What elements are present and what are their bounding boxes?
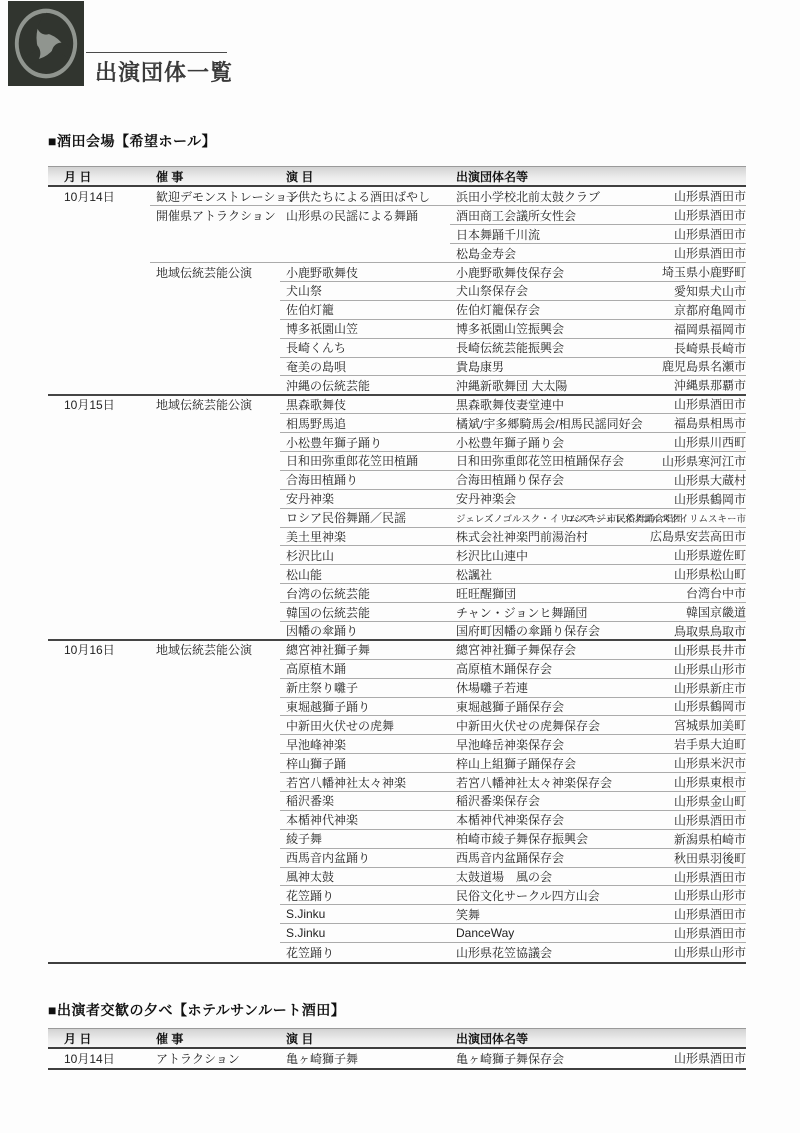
section-heading-evening-gathering: ■出演者交歓の夕べ【ホテルサンルート酒田】: [48, 1000, 345, 1020]
table-row: 地域伝統芸能公演小鹿野歌舞伎小鹿野歌舞伎保存会埼玉県小鹿野町: [48, 263, 746, 282]
location-text: 福岡県福岡市: [674, 320, 746, 337]
table-row: 博多祇園山笠博多祇園山笠振興会福岡県福岡市: [48, 319, 746, 338]
row-separator: [150, 262, 746, 263]
cell-program: 綾子舞: [280, 830, 450, 847]
cell-group: 合海田植踊り保存会: [450, 471, 634, 488]
cell-group: 沖縄新歌舞団 大太陽: [450, 377, 634, 394]
cell-program: 長崎くんち: [280, 339, 450, 356]
table-row: 相馬野馬追橘斌/宇多郷騎馬会/相馬民謡同好会福島県相馬市: [48, 414, 746, 433]
location-text: 韓国京畿道: [686, 604, 746, 621]
section-heading-sakata-venue: ■酒田会場【希望ホール】: [48, 131, 216, 151]
location-text: 山形県酒田市: [674, 868, 746, 885]
cell-event: 歓迎デモンストレーション: [150, 188, 280, 205]
cell-event: 地域伝統芸能公演: [150, 396, 280, 413]
table-row: 沖縄の伝統芸能沖縄新歌舞団 大太陽沖縄県那覇市: [48, 376, 746, 395]
table-row: 犬山祭犬山祭保存会愛知県犬山市: [48, 281, 746, 300]
title-rule: [86, 52, 227, 53]
location-text: 愛知県犬山市: [674, 282, 746, 299]
location-text: 新潟県柏崎市: [674, 830, 746, 847]
row-separator: [150, 205, 746, 206]
table-row: 安丹神楽安丹神楽会山形県鶴岡市: [48, 489, 746, 508]
table-row: 小松豊年獅子踊り小松豊年獅子踊り会山形県川西町: [48, 433, 746, 452]
row-separator: [280, 583, 746, 584]
cell-group: 笑舞: [450, 906, 634, 923]
cell-program: 合海田植踊り: [280, 471, 450, 488]
table-row: 松島金寿会山形県酒田市: [48, 244, 746, 263]
cell-program: 台湾の伝統芸能: [280, 585, 450, 602]
cell-program: S.Jinku: [280, 907, 450, 921]
table-row: ロシア民俗舞踊／民謡ジェレズノゴルスク・イリムスキー市民俗舞踊合唱団ロシア ジェ…: [48, 508, 746, 527]
location-text: 山形県大蔵村: [674, 471, 746, 488]
table-row: 若宮八幡神社太々神楽若宮八幡神社太々神楽保存会山形県東根市: [48, 773, 746, 792]
location-text: 山形県酒田市: [674, 906, 746, 923]
cell-program: 奄美の島唄: [280, 358, 450, 375]
location-text: 鹿児島県名瀬市: [662, 358, 746, 375]
location-text: 山形県金山町: [674, 792, 746, 809]
page-title: 出演団体一覧: [95, 56, 233, 87]
location-text: 鳥取県鳥取市: [674, 622, 746, 639]
cell-group: チャン・ジョンヒ舞踊団: [450, 604, 634, 621]
cell-group: 安丹神楽会: [450, 490, 634, 507]
cell-event: 地域伝統芸能公演: [150, 264, 280, 281]
cell-group: 松諷社: [450, 566, 634, 583]
cell-program: 中新田火伏せの虎舞: [280, 717, 450, 734]
location-text: ロシア ジェレズノゴルスクイリムスキー市: [565, 511, 746, 525]
table-row: 西馬音内盆踊り西馬音内盆踊保存会秋田県羽後町: [48, 848, 746, 867]
table-row: 花笠踊り山形県花笠協議会山形県山形市: [48, 943, 746, 962]
location-text: 山形県酒田市: [674, 1050, 746, 1067]
table-bottom-rule: [48, 962, 746, 964]
table-row: 長崎くんち長崎伝統芸能振興会長崎県長崎市: [48, 338, 746, 357]
column-header-date: 月 日: [48, 1030, 150, 1047]
location-text: 山形県山形市: [674, 887, 746, 904]
table-row: 東堀越獅子踊り東堀越獅子踊保存会山形県鶴岡市: [48, 697, 746, 716]
location-text: 台湾台中市: [686, 585, 746, 602]
table-header-row: 月 日 催 事 演 目 出演団体名等: [48, 1028, 746, 1049]
table-row: 奄美の島唄貴島康男鹿児島県名瀬市: [48, 357, 746, 376]
cell-program: 佐伯灯籠: [280, 301, 450, 318]
cell-date: 10月14日: [48, 1050, 150, 1067]
location-text: 山形県山形市: [674, 660, 746, 677]
location-text: 山形県酒田市: [674, 188, 746, 205]
cell-group: 日和田弥重郎花笠田植踊保存会: [450, 452, 634, 469]
cell-group: 旺旺醒獅団: [450, 585, 634, 602]
cell-program: 博多祇園山笠: [280, 320, 450, 337]
cell-group: 亀ヶ崎獅子舞保存会: [450, 1050, 634, 1067]
location-text: 山形県鶴岡市: [674, 698, 746, 715]
location-text: 山形県酒田市: [674, 811, 746, 828]
cell-group: 酒田商工会議所女性会: [450, 207, 634, 224]
cell-program: 韓国の伝統芸能: [280, 604, 450, 621]
cell-program: 東堀越獅子踊り: [280, 698, 450, 715]
table-row: 本楯神代神楽本楯神代神楽保存会山形県酒田市: [48, 810, 746, 829]
location-text: 山形県遊佐町: [674, 547, 746, 564]
column-header-program: 演 目: [280, 1030, 450, 1047]
row-separator: [280, 508, 746, 509]
location-text: 山形県酒田市: [674, 207, 746, 224]
cell-group: 貴島康男: [450, 358, 634, 375]
cell-group: 小鹿野歌舞伎保存会: [450, 264, 634, 281]
cell-event: 地域伝統芸能公演: [150, 641, 280, 658]
cell-group: 早池峰岳神楽保存会: [450, 736, 634, 753]
cell-program: S.Jinku: [280, 926, 450, 940]
column-header-event: 催 事: [150, 1030, 280, 1047]
cell-program: 總宮神社獅子舞: [280, 641, 450, 658]
row-separator: [48, 639, 746, 641]
cell-program: 黒森歌舞伎: [280, 396, 450, 413]
table-body: 10月14日アトラクション亀ヶ崎獅子舞亀ヶ崎獅子舞保存会山形県酒田市: [48, 1049, 746, 1068]
location-text: 山形県酒田市: [674, 226, 746, 243]
table-row: 杉沢比山杉沢比山連中山形県遊佐町: [48, 546, 746, 565]
cell-program: 西馬音内盆踊り: [280, 849, 450, 866]
cell-group: 株式会社神楽門前湯治村: [450, 528, 634, 545]
cell-group: 高原植木踊保存会: [450, 660, 634, 677]
cell-program: 相馬野馬追: [280, 415, 450, 432]
cell-event: アトラクション: [150, 1050, 280, 1067]
cell-group: 山形県花笠協議会: [450, 944, 634, 961]
cell-program: 早池峰神楽: [280, 736, 450, 753]
cell-program: 新庄祭り囃子: [280, 679, 450, 696]
table-body: 10月14日歓迎デモンストレーション子供たちによる酒田ばやし浜田小学校北前太鼓ク…: [48, 187, 746, 962]
cell-program: 杉沢比山: [280, 547, 450, 564]
cell-group: 總宮神社獅子舞保存会: [450, 641, 634, 658]
location-text: 広島県安芸高田市: [650, 528, 746, 545]
table-row: 台湾の伝統芸能旺旺醒獅団台湾台中市: [48, 584, 746, 603]
cell-date: 10月14日: [48, 188, 150, 205]
cell-program: 花笠踊り: [280, 944, 450, 961]
table-row: 梓山獅子踊梓山上組獅子踊保存会山形県米沢市: [48, 754, 746, 773]
cell-program: 小松豊年獅子踊り: [280, 434, 450, 451]
table-row: 風神太鼓太鼓道場 風の会山形県酒田市: [48, 867, 746, 886]
table-row: 韓国の伝統芸能チャン・ジョンヒ舞踊団韓国京畿道: [48, 603, 746, 622]
column-header-date: 月 日: [48, 168, 150, 185]
location-text: 山形県米沢市: [674, 755, 746, 772]
cell-program: 稲沢番楽: [280, 792, 450, 809]
row-separator: [280, 602, 746, 603]
cell-group: 小松豊年獅子踊り会: [450, 434, 634, 451]
location-text: 京都府亀岡市: [674, 301, 746, 318]
location-text: 山形県東根市: [674, 774, 746, 791]
document-page: 出演団体一覧 ■酒田会場【希望ホール】 月 日 催 事 演 目 出演団体名等 1…: [0, 0, 800, 1133]
column-header-program: 演 目: [280, 168, 450, 185]
mitsudomoe-crest-icon: [8, 1, 84, 86]
cell-group: 本楯神代神楽保存会: [450, 811, 634, 828]
cell-date: 10月15日: [48, 396, 150, 413]
location-text: 山形県川西町: [674, 434, 746, 451]
cell-group: 佐伯灯籠保存会: [450, 301, 634, 318]
cell-program: 安丹神楽: [280, 490, 450, 507]
table-row: 佐伯灯籠佐伯灯籠保存会京都府亀岡市: [48, 300, 746, 319]
cell-group: 長崎伝統芸能振興会: [450, 339, 634, 356]
cell-group: 民俗文化サークル四方山会: [450, 887, 634, 904]
cell-group: 梓山上組獅子踊保存会: [450, 755, 634, 772]
location-text: 山形県鶴岡市: [674, 490, 746, 507]
mitsudomoe-logo: [8, 1, 84, 86]
cell-group: 稲沢番楽保存会: [450, 792, 634, 809]
cell-program: 因幡の傘踊り: [280, 622, 450, 639]
location-text: 福島県相馬市: [674, 415, 746, 432]
cell-group: 休場囃子若連: [450, 679, 634, 696]
table-row: 高原植木踊高原植木踊保存会山形県山形市: [48, 659, 746, 678]
table-row: 稲沢番楽稲沢番楽保存会山形県金山町: [48, 792, 746, 811]
cell-group: 西馬音内盆踊保存会: [450, 849, 634, 866]
row-separator: [48, 394, 746, 396]
table-row: S.JinkuDanceWay山形県酒田市: [48, 924, 746, 943]
cell-group: 柏崎市綾子舞保存振興会: [450, 830, 634, 847]
cell-program: 風神太鼓: [280, 868, 450, 885]
cell-program: 山形県の民謡による舞踊: [280, 207, 450, 224]
cell-program: 亀ヶ崎獅子舞: [280, 1050, 450, 1067]
table-row: 10月15日地域伝統芸能公演黒森歌舞伎黒森歌舞伎妻堂連中山形県酒田市: [48, 395, 746, 414]
location-text: 埼玉県小鹿野町: [662, 264, 746, 281]
table-row: 早池峰神楽早池峰岳神楽保存会岩手県大迫町: [48, 735, 746, 754]
cell-group: 橘斌/宇多郷騎馬会/相馬民謡同好会: [450, 415, 634, 432]
cell-group: 杉沢比山連中: [450, 547, 634, 564]
location-text: 宮城県加美町: [674, 717, 746, 734]
location-text: 山形県山形市: [674, 944, 746, 961]
table-row: 合海田植踊り合海田植踊り保存会山形県大蔵村: [48, 470, 746, 489]
cell-group: 黒森歌舞伎妻堂連中: [450, 396, 634, 413]
cell-program: 犬山祭: [280, 282, 450, 299]
table-row: 綾子舞柏崎市綾子舞保存振興会新潟県柏崎市: [48, 829, 746, 848]
cell-program: 梓山獅子踊: [280, 755, 450, 772]
location-text: 山形県酒田市: [674, 245, 746, 262]
table-row: S.Jinku笑舞山形県酒田市: [48, 905, 746, 924]
cell-group: 犬山祭保存会: [450, 282, 634, 299]
table-row: 開催県アトラクション山形県の民謡による舞踊酒田商工会議所女性会山形県酒田市: [48, 206, 746, 225]
table-row: 日和田弥重郎花笠田植踊日和田弥重郎花笠田植踊保存会山形県寒河江市: [48, 451, 746, 470]
cell-date: 10月16日: [48, 641, 150, 658]
cell-program: 本楯神代神楽: [280, 811, 450, 828]
location-text: 山形県松山町: [674, 566, 746, 583]
cell-program: 沖縄の伝統芸能: [280, 377, 450, 394]
cell-program: 小鹿野歌舞伎: [280, 264, 450, 281]
table-row: 日本舞踊千川流山形県酒田市: [48, 225, 746, 244]
cell-group: 国府町因幡の傘踊り保存会: [450, 622, 634, 639]
location-text: 岩手県大迫町: [674, 736, 746, 753]
cell-program: 若宮八幡神社太々神楽: [280, 774, 450, 791]
location-text: 山形県長井市: [674, 641, 746, 658]
location-text: 山形県酒田市: [674, 925, 746, 942]
table-row: 10月16日地域伝統芸能公演總宮神社獅子舞總宮神社獅子舞保存会山形県長井市: [48, 640, 746, 659]
table-row: 花笠踊り民俗文化サークル四方山会山形県山形市: [48, 886, 746, 905]
cell-program: 花笠踊り: [280, 887, 450, 904]
table-row: 10月14日歓迎デモンストレーション子供たちによる酒田ばやし浜田小学校北前太鼓ク…: [48, 187, 746, 206]
table-row: 新庄祭り囃子休場囃子若連山形県新庄市: [48, 678, 746, 697]
cell-group: 中新田火伏せの虎舞保存会: [450, 717, 634, 734]
cell-program: ロシア民俗舞踊／民謡: [280, 509, 450, 526]
table-row: 美土里神楽株式会社神楽門前湯治村広島県安芸高田市: [48, 527, 746, 546]
table-header-row: 月 日 催 事 演 目 出演団体名等: [48, 166, 746, 187]
cell-program: 子供たちによる酒田ばやし: [280, 188, 450, 205]
location-text: 山形県新庄市: [674, 679, 746, 696]
cell-group: 松島金寿会: [450, 245, 634, 262]
cell-program: 高原植木踊: [280, 660, 450, 677]
cell-group: 博多祇園山笠振興会: [450, 320, 634, 337]
cell-group: 日本舞踊千川流: [450, 226, 634, 243]
location-text: 秋田県羽後町: [674, 849, 746, 866]
column-header-group: 出演団体名等: [450, 168, 634, 185]
cell-group: 太鼓道場 風の会: [450, 868, 634, 885]
cell-event: 開催県アトラクション: [150, 207, 280, 224]
cell-program: 松山能: [280, 566, 450, 583]
cell-group: 浜田小学校北前太鼓クラブ: [450, 188, 634, 205]
table-row: 中新田火伏せの虎舞中新田火伏せの虎舞保存会宮城県加美町: [48, 716, 746, 735]
cell-group: 東堀越獅子踊保存会: [450, 698, 634, 715]
cell-program: 美土里神楽: [280, 528, 450, 545]
cell-group: DanceWay: [450, 926, 634, 940]
table-bottom-rule: [48, 1068, 746, 1070]
location-text: 沖縄県那覇市: [674, 377, 746, 394]
table-row: 因幡の傘踊り国府町因幡の傘踊り保存会鳥取県鳥取市: [48, 621, 746, 640]
cell-program: 日和田弥重郎花笠田植踊: [280, 452, 450, 469]
program-table-sakata: 月 日 催 事 演 目 出演団体名等 10月14日歓迎デモンストレーション子供た…: [48, 166, 746, 964]
program-table-evening: 月 日 催 事 演 目 出演団体名等 10月14日アトラクション亀ヶ崎獅子舞亀ヶ…: [48, 1028, 746, 1070]
cell-group: 若宮八幡神社太々神楽保存会: [450, 774, 634, 791]
column-header-event: 催 事: [150, 168, 280, 185]
table-row: 10月14日アトラクション亀ヶ崎獅子舞亀ヶ崎獅子舞保存会山形県酒田市: [48, 1049, 746, 1068]
location-text: 山形県酒田市: [674, 396, 746, 413]
location-text: 長崎県長崎市: [674, 339, 746, 356]
table-row: 松山能松諷社山形県松山町: [48, 565, 746, 584]
column-header-group: 出演団体名等: [450, 1030, 634, 1047]
location-text: 山形県寒河江市: [662, 452, 746, 469]
